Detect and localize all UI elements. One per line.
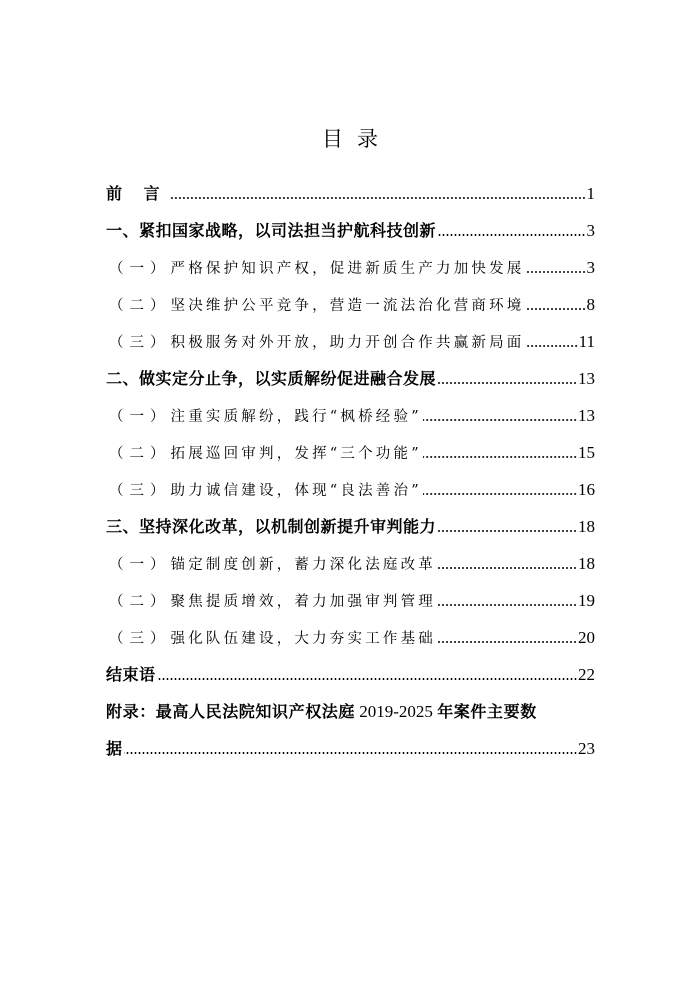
- toc-entry-label: （三）强化队伍建设，大力夯实工作基础: [106, 625, 436, 653]
- toc-entry-page: 18: [578, 513, 595, 541]
- toc-entry-chapter-3[interactable]: 三、坚持深化改革，以机制创新提升审判能力 18: [106, 513, 595, 550]
- section-title: 拓展巡回审判，发挥“三个功能”: [171, 446, 422, 462]
- toc-entry-page: 16: [578, 476, 595, 504]
- dot-leader: [526, 259, 586, 273]
- toc-entry-page: 22: [578, 661, 595, 689]
- toc-entry-label: 附录：最高人民法院知识产权法庭 2019-2025 年案件主要数: [106, 702, 537, 721]
- section-number: （二）: [109, 298, 171, 314]
- toc-entry-conclusion[interactable]: 结束语 22: [106, 661, 595, 698]
- section-number: （三）: [109, 631, 171, 647]
- dot-leader: [526, 333, 578, 347]
- toc-entry-page: 23: [578, 735, 595, 763]
- section-title: 注重实质解纷，践行“枫桥经验”: [171, 409, 422, 425]
- toc-entry-page: 19: [578, 587, 595, 615]
- toc-entry-label: 一、紧扣国家战略，以司法担当护航科技创新: [106, 217, 436, 245]
- toc-entry-section-2-3[interactable]: （三）助力诚信建设，体现“良法善治” 16: [106, 476, 595, 513]
- toc-entry-label: （二）坚决维护公平竞争，营造一流法治化营商环境: [106, 292, 525, 320]
- dot-leader: [437, 555, 577, 569]
- toc-entry-label: 结束语: [106, 661, 156, 689]
- table-of-contents: 前 言 1 一、紧扣国家战略，以司法担当护航科技创新 3 （一）严格保护知识产权…: [106, 180, 595, 772]
- section-number: （三）: [109, 483, 171, 499]
- toc-entry-page: 8: [587, 291, 596, 319]
- toc-entry-label: （一）锚定制度创新，蓄力深化法庭改革: [106, 551, 436, 579]
- page-title: 目录: [0, 124, 700, 154]
- section-number: （二）: [109, 594, 171, 610]
- toc-entry-page: 20: [578, 624, 595, 652]
- toc-entry-label: （二）聚焦提质增效，着力加强审判管理: [106, 588, 436, 616]
- section-number: （一）: [109, 557, 171, 573]
- toc-entry-label: 二、做实定分止争，以实质解纷促进融合发展: [106, 365, 436, 393]
- toc-entry-chapter-1[interactable]: 一、紧扣国家战略，以司法担当护航科技创新 3: [106, 217, 595, 254]
- toc-entry-label: 三、坚持深化改革，以机制创新提升审判能力: [106, 513, 436, 541]
- toc-entry-section-3-2[interactable]: （二）聚焦提质增效，着力加强审判管理 19: [106, 587, 595, 624]
- toc-entry-label: （三）助力诚信建设，体现“良法善治”: [106, 477, 422, 505]
- toc-entry-label: （一）严格保护知识产权，促进新质生产力加快发展: [106, 255, 525, 283]
- appendix-title-suffix: 年案件主要数: [437, 702, 537, 721]
- toc-entry-section-1-3[interactable]: （三）积极服务对外开放，助力开创合作共赢新局面 11: [106, 328, 595, 365]
- toc-entry-label: （三）积极服务对外开放，助力开创合作共赢新局面: [106, 329, 525, 357]
- dot-leader: [526, 296, 586, 310]
- dot-leader: [437, 518, 577, 532]
- section-title: 聚焦提质增效，着力加强审判管理: [171, 594, 437, 610]
- section-number: （二）: [109, 446, 171, 462]
- dot-leader: [423, 407, 577, 421]
- toc-entry-preface[interactable]: 前 言 1: [106, 180, 595, 217]
- toc-entry-section-1-1[interactable]: （一）严格保护知识产权，促进新质生产力加快发展 3: [106, 254, 595, 291]
- dot-leader: [169, 185, 586, 199]
- toc-entry-section-1-2[interactable]: （二）坚决维护公平竞争，营造一流法治化营商环境 8: [106, 291, 595, 328]
- appendix-years: 2019-2025: [355, 702, 437, 721]
- section-title: 强化队伍建设，大力夯实工作基础: [171, 631, 437, 647]
- toc-entry-chapter-2[interactable]: 二、做实定分止争，以实质解纷促进融合发展 13: [106, 365, 595, 402]
- toc-entry-page: 13: [578, 365, 595, 393]
- toc-entry-page: 15: [578, 439, 595, 467]
- toc-entry-section-2-2[interactable]: （二）拓展巡回审判，发挥“三个功能” 15: [106, 439, 595, 476]
- toc-entry-label: 据: [106, 735, 123, 763]
- toc-entry-section-2-1[interactable]: （一）注重实质解纷，践行“枫桥经验” 13: [106, 402, 595, 439]
- dot-leader: [157, 666, 577, 680]
- toc-entry-label: （一）注重实质解纷，践行“枫桥经验”: [106, 403, 422, 431]
- section-number: （一）: [109, 409, 171, 425]
- toc-entry-page: 18: [578, 550, 595, 578]
- toc-entry-section-3-3[interactable]: （三）强化队伍建设，大力夯实工作基础 20: [106, 624, 595, 661]
- section-title: 积极服务对外开放，助力开创合作共赢新局面: [171, 335, 525, 351]
- dot-leader: [124, 740, 577, 754]
- toc-entry-page: 11: [579, 328, 595, 356]
- section-title: 助力诚信建设，体现“良法善治”: [171, 483, 422, 499]
- toc-entry-page: 1: [587, 180, 596, 208]
- dot-leader: [437, 370, 577, 384]
- dot-leader: [437, 222, 585, 236]
- toc-entry-page: 3: [587, 217, 596, 245]
- toc-entry-appendix-line-1[interactable]: 附录：最高人民法院知识产权法庭 2019-2025 年案件主要数: [106, 698, 595, 735]
- section-title: 严格保护知识产权，促进新质生产力加快发展: [171, 261, 525, 277]
- toc-entry-page: 13: [578, 402, 595, 430]
- dot-leader: [423, 444, 577, 458]
- section-title: 锚定制度创新，蓄力深化法庭改革: [171, 557, 437, 573]
- appendix-title-prefix: 附录：最高人民法院知识产权法庭: [106, 702, 355, 721]
- section-number: （三）: [109, 335, 171, 351]
- section-title: 坚决维护公平竞争，营造一流法治化营商环境: [171, 298, 525, 314]
- toc-entry-section-3-1[interactable]: （一）锚定制度创新，蓄力深化法庭改革 18: [106, 550, 595, 587]
- dot-leader: [437, 629, 577, 643]
- dot-leader: [423, 481, 577, 495]
- toc-entry-page: 3: [587, 254, 596, 282]
- toc-entry-label: 前 言: [106, 180, 168, 208]
- dot-leader: [437, 592, 577, 606]
- section-number: （一）: [109, 261, 171, 277]
- toc-entry-label: （二）拓展巡回审判，发挥“三个功能”: [106, 440, 422, 468]
- toc-entry-appendix-line-2[interactable]: 据 23: [106, 735, 595, 772]
